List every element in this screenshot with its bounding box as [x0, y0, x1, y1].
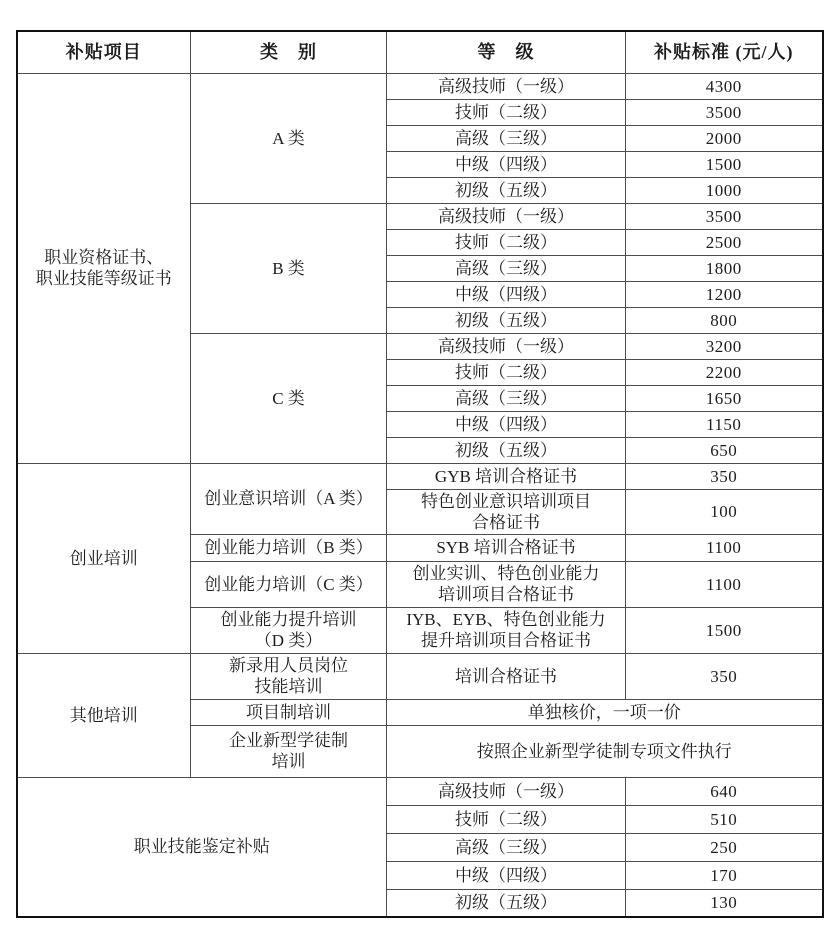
table-row: 职业技能鉴定补贴 高级技师（一级） 640	[17, 777, 823, 805]
level-cell: 培训合格证书	[387, 653, 626, 699]
level-line: 合格证书	[389, 512, 623, 533]
header-level: 等 级	[387, 31, 626, 73]
level-cell: 初级（五级）	[387, 889, 626, 917]
amount-cell: 2200	[626, 359, 823, 385]
amount-cell: 1100	[626, 534, 823, 561]
level-cell: 高级技师（一级）	[387, 333, 626, 359]
merged-note-cell: 单独核价，一项一价	[387, 699, 823, 725]
table-row: 职业资格证书、 职业技能等级证书 A 类 高级技师（一级） 4300	[17, 73, 823, 99]
level-cell: GYB 培训合格证书	[387, 463, 626, 489]
level-cell: 初级（五级）	[387, 437, 626, 463]
table-row: 其他培训 新录用人员岗位 技能培训 培训合格证书 350	[17, 653, 823, 699]
level-cell: 中级（四级）	[387, 281, 626, 307]
amount-cell: 2000	[626, 125, 823, 151]
level-cell: 高级（三级）	[387, 125, 626, 151]
header-category: 类 别	[191, 31, 387, 73]
category-line: 企业新型学徒制	[193, 730, 384, 751]
amount-cell: 1200	[626, 281, 823, 307]
level-cell: 中级（四级）	[387, 861, 626, 889]
category-line: （D 类）	[193, 630, 384, 651]
amount-cell: 250	[626, 833, 823, 861]
amount-cell: 3500	[626, 203, 823, 229]
category-cell-a: A 类	[191, 73, 387, 203]
level-cell: 初级（五级）	[387, 307, 626, 333]
amount-cell: 170	[626, 861, 823, 889]
category-cell-startup-improvement-d: 创业能力提升培训 （D 类）	[191, 607, 387, 653]
level-cell: 高级技师（一级）	[387, 203, 626, 229]
amount-cell: 1800	[626, 255, 823, 281]
category-cell-startup-ability-b: 创业能力培训（B 类）	[191, 534, 387, 561]
amount-cell: 650	[626, 437, 823, 463]
table-header-row: 补贴项目 类 别 等 级 补贴标准 (元/人)	[17, 31, 823, 73]
level-cell: 初级（五级）	[387, 177, 626, 203]
amount-cell: 130	[626, 889, 823, 917]
level-cell: 技师（二级）	[387, 229, 626, 255]
amount-cell: 1150	[626, 411, 823, 437]
level-cell: IYB、EYB、特色创业能力 提升培训项目合格证书	[387, 607, 626, 653]
level-cell: 中级（四级）	[387, 151, 626, 177]
category-line: 培训	[193, 751, 384, 772]
category-cell-startup-awareness-a: 创业意识培训（A 类）	[191, 463, 387, 534]
category-line: 技能培训	[193, 676, 384, 697]
table-row: 创业培训 创业意识培训（A 类） GYB 培训合格证书 350	[17, 463, 823, 489]
amount-cell: 3500	[626, 99, 823, 125]
category-cell-enterprise-apprenticeship: 企业新型学徒制 培训	[191, 725, 387, 777]
level-cell: 中级（四级）	[387, 411, 626, 437]
level-cell: 高级（三级）	[387, 255, 626, 281]
project-cell-skill-appraisal-subsidy: 职业技能鉴定补贴	[17, 777, 387, 917]
header-standard: 补贴标准 (元/人)	[626, 31, 823, 73]
level-line: IYB、EYB、特色创业能力	[389, 609, 623, 630]
amount-cell: 510	[626, 805, 823, 833]
amount-cell: 1100	[626, 561, 823, 607]
level-cell: 高级（三级）	[387, 385, 626, 411]
category-cell-new-hire-training: 新录用人员岗位 技能培训	[191, 653, 387, 699]
level-line: 培训项目合格证书	[389, 584, 623, 605]
amount-cell: 100	[626, 489, 823, 534]
category-cell-project-based-training: 项目制培训	[191, 699, 387, 725]
amount-cell: 350	[626, 653, 823, 699]
level-cell: 技师（二级）	[387, 359, 626, 385]
level-line: 特色创业意识培训项目	[389, 491, 623, 512]
amount-cell: 800	[626, 307, 823, 333]
level-cell: 技师（二级）	[387, 99, 626, 125]
merged-note-cell: 按照企业新型学徒制专项文件执行	[387, 725, 823, 777]
amount-cell: 640	[626, 777, 823, 805]
amount-cell: 1000	[626, 177, 823, 203]
level-cell: 高级技师（一级）	[387, 73, 626, 99]
level-cell: 技师（二级）	[387, 805, 626, 833]
page: 补贴项目 类 别 等 级 补贴标准 (元/人) 职业资格证书、 职业技能等级证书…	[0, 0, 839, 929]
amount-cell: 2500	[626, 229, 823, 255]
category-cell-b: B 类	[191, 203, 387, 333]
level-cell: 创业实训、特色创业能力 培训项目合格证书	[387, 561, 626, 607]
project-label-line: 职业技能等级证书	[20, 268, 189, 289]
level-cell: 特色创业意识培训项目 合格证书	[387, 489, 626, 534]
amount-cell: 1500	[626, 607, 823, 653]
subsidy-standards-table: 补贴项目 类 别 等 级 补贴标准 (元/人) 职业资格证书、 职业技能等级证书…	[16, 30, 824, 918]
amount-cell: 4300	[626, 73, 823, 99]
header-project: 补贴项目	[17, 31, 191, 73]
level-cell: 高级技师（一级）	[387, 777, 626, 805]
project-cell-other-training: 其他培训	[17, 653, 191, 777]
category-cell-c: C 类	[191, 333, 387, 463]
project-label-line: 职业资格证书、	[20, 247, 189, 268]
project-cell-entrepreneurship-training: 创业培训	[17, 463, 191, 653]
level-line: 提升培训项目合格证书	[389, 630, 623, 651]
amount-cell: 1650	[626, 385, 823, 411]
amount-cell: 3200	[626, 333, 823, 359]
category-line: 新录用人员岗位	[193, 655, 384, 676]
level-cell: SYB 培训合格证书	[387, 534, 626, 561]
category-line: 创业能力提升培训	[193, 609, 384, 630]
project-cell-certificates: 职业资格证书、 职业技能等级证书	[17, 73, 191, 463]
amount-cell: 350	[626, 463, 823, 489]
level-line: 创业实训、特色创业能力	[389, 563, 623, 584]
category-cell-startup-ability-c: 创业能力培训（C 类）	[191, 561, 387, 607]
amount-cell: 1500	[626, 151, 823, 177]
level-cell: 高级（三级）	[387, 833, 626, 861]
